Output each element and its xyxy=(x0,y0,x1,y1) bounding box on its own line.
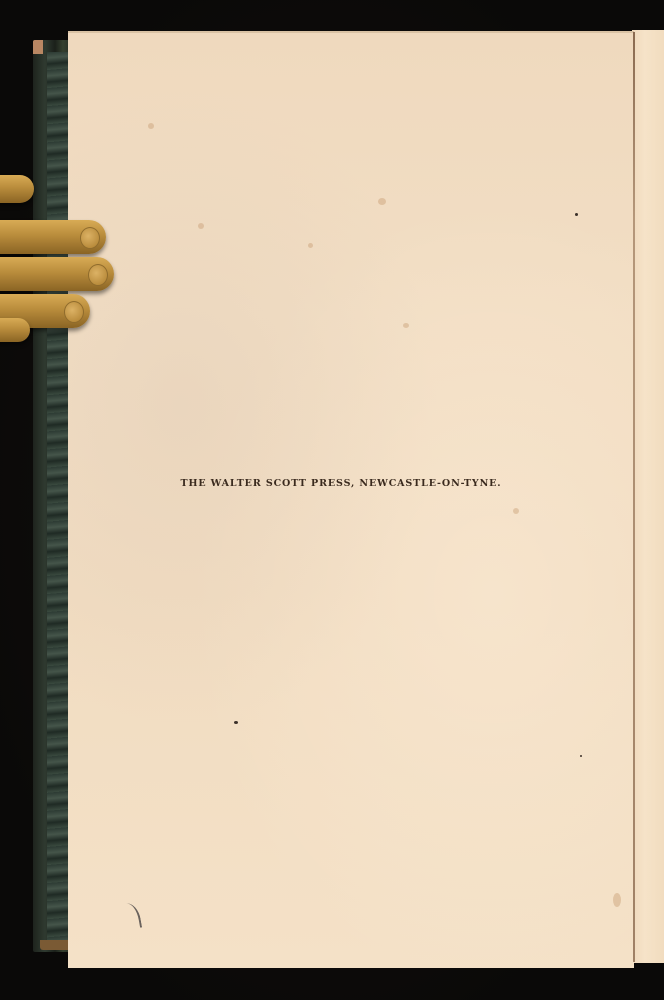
foxing-spot xyxy=(378,198,386,205)
foxing-spot xyxy=(403,323,409,328)
page-fold-line xyxy=(633,32,635,962)
ink-speck xyxy=(580,755,582,757)
hand-thumb xyxy=(0,175,34,203)
foxing-spot xyxy=(613,893,621,907)
printer-imprint: THE WALTER SCOTT PRESS, NEWCASTLE-ON-TYN… xyxy=(58,478,624,489)
book-page: THE WALTER SCOTT PRESS, NEWCASTLE-ON-TYN… xyxy=(68,31,634,968)
hand-finger xyxy=(0,257,114,291)
foxing-spot xyxy=(198,223,204,229)
pencil-mark xyxy=(122,902,142,930)
ink-speck xyxy=(234,721,238,724)
cover-corner-bottom xyxy=(40,940,70,950)
foxing-spot xyxy=(148,123,154,129)
ink-speck xyxy=(575,213,578,216)
foxing-spot xyxy=(513,508,519,514)
hand-palm xyxy=(0,318,30,342)
facing-page-edge xyxy=(632,30,664,963)
foxing-spot xyxy=(308,243,313,248)
hand-finger xyxy=(0,220,106,254)
fingernail xyxy=(80,227,100,249)
fingernail xyxy=(88,264,108,286)
fingernail xyxy=(64,301,84,323)
gold-hand-page-holder xyxy=(0,175,118,340)
cover-corner-top xyxy=(33,40,43,54)
